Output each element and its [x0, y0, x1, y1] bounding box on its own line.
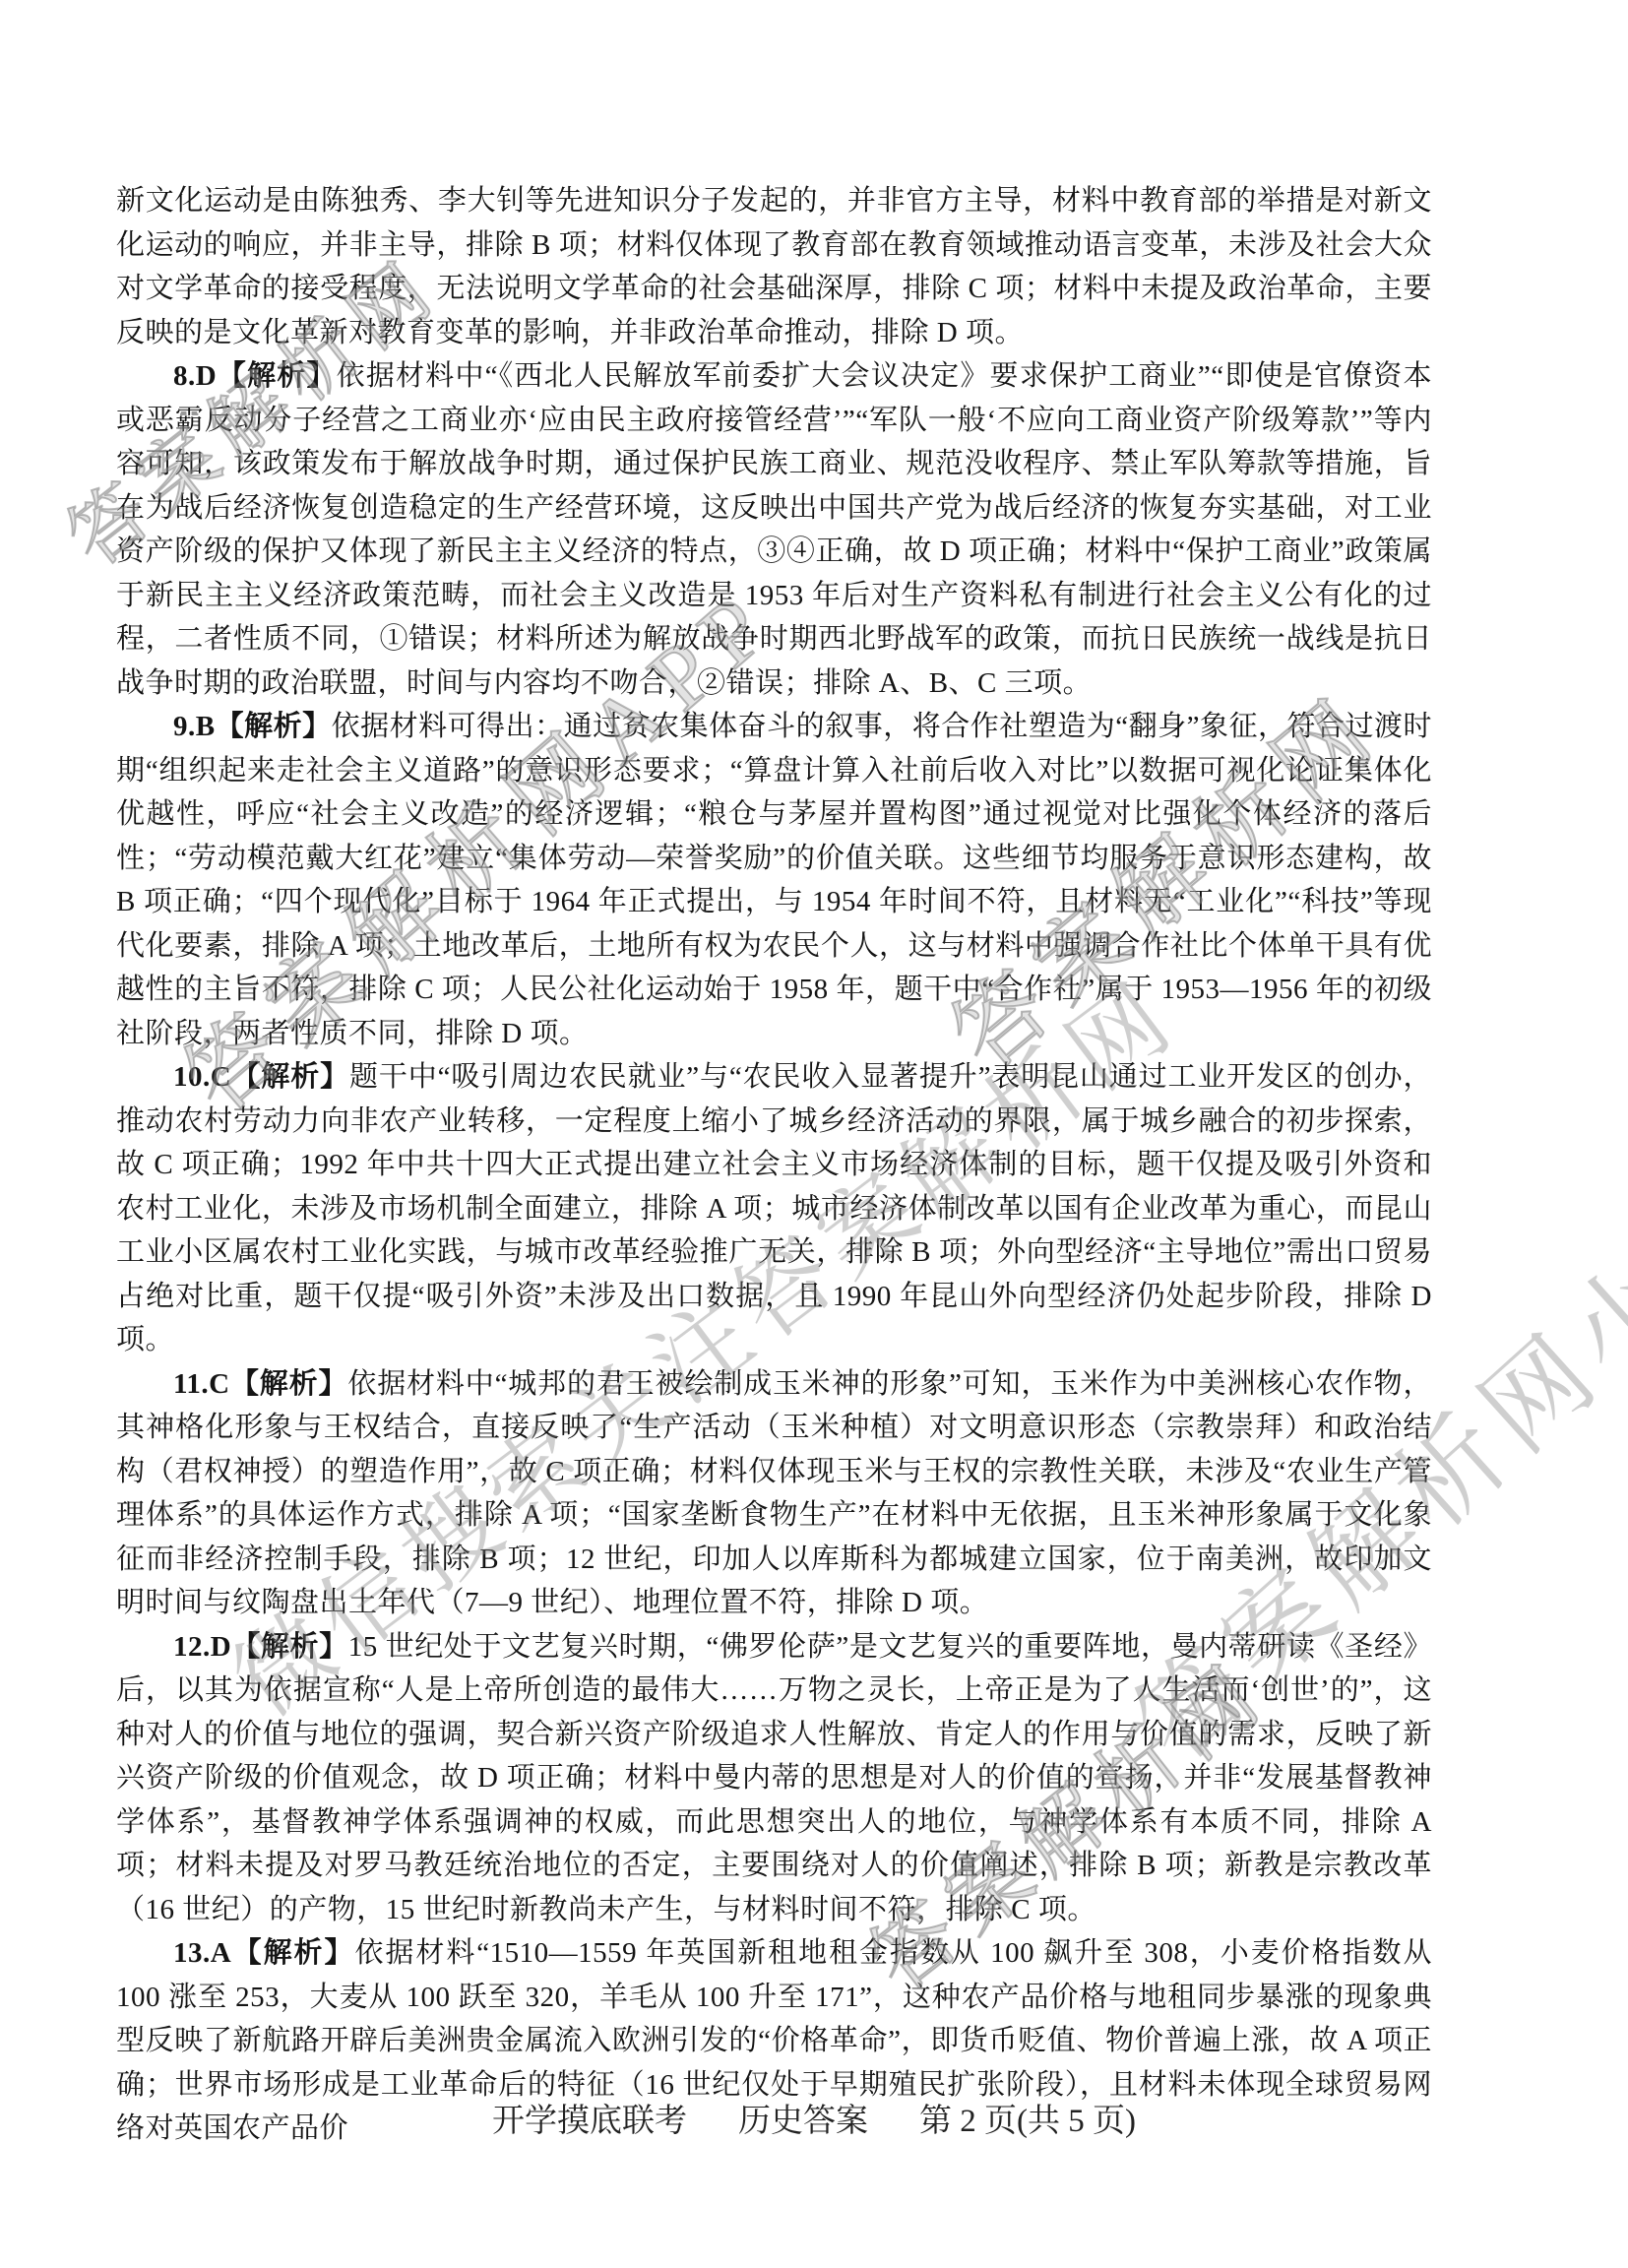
answer-label-q10: 10.C【解析】 [173, 1061, 349, 1093]
paragraph-text: 新文化运动是由陈独秀、李大钊等先进知识分子发起的，并非官方主导，材料中教育部的举… [116, 185, 1432, 348]
paragraph-text: 题干中“吸引周边农民就业”与“农民收入显著提升”表明昆山通过工业开发区的创办，推… [116, 1061, 1432, 1355]
paragraph-text: 15 世纪处于文艺复兴时期，“佛罗伦萨”是文艺复兴的重要阵地，曼内蒂研读《圣经》… [116, 1631, 1432, 1925]
footer-exam-name: 开学摸底联考 [492, 2095, 687, 2141]
document-page: 答案解析网 答案解析网APP 答案解析网 微信搜索关注答案解析网 答案解析网小程… [0, 0, 1628, 2268]
paragraph-q10-answer: 10.C【解析】题干中“吸引周边农民就业”与“农民收入显著提升”表明昆山通过工业… [116, 1055, 1432, 1362]
paragraph-text: 依据材料可得出：通过贫农集体奋斗的叙事，将合作社塑造为“翻身”象征，符合过渡时期… [116, 711, 1432, 1049]
answer-label-q9: 9.B【解析】 [173, 711, 332, 742]
footer-subject: 历史答案 [738, 2095, 868, 2141]
footer-page-number: 第 2 页(共 5 页) [919, 2095, 1136, 2141]
paragraph-q8-answer: 8.D【解析】依据材料中“《西北人民解放军前委扩大会议决定》要求保护工商业”“即… [116, 354, 1432, 705]
paragraph-q11-answer: 11.C【解析】依据材料中“城邦的君王被绘制成玉米神的形象”可知，玉米作为中美洲… [116, 1362, 1432, 1625]
answer-label-q12: 12.D【解析】 [173, 1631, 348, 1663]
paragraph-text: 依据材料中“城邦的君王被绘制成玉米神的形象”可知，玉米作为中美洲核心农作物，其神… [116, 1368, 1432, 1619]
answer-key-content: 新文化运动是由陈独秀、李大钊等先进知识分子发起的，并非官方主导，材料中教育部的举… [116, 179, 1432, 2151]
answer-label-q8: 8.D【解析】 [173, 360, 337, 392]
paragraph-q7-continuation: 新文化运动是由陈独秀、李大钊等先进知识分子发起的，并非官方主导，材料中教育部的举… [116, 179, 1432, 354]
answer-label-q11: 11.C【解析】 [173, 1368, 347, 1400]
paragraph-q12-answer: 12.D【解析】15 世纪处于文艺复兴时期，“佛罗伦萨”是文艺复兴的重要阵地，曼… [116, 1625, 1432, 1932]
paragraph-text: 依据材料中“《西北人民解放军前委扩大会议决定》要求保护工商业”“即使是官僚资本或… [116, 360, 1432, 699]
paragraph-q9-answer: 9.B【解析】依据材料可得出：通过贫农集体奋斗的叙事，将合作社塑造为“翻身”象征… [116, 705, 1432, 1055]
page-footer: 开学摸底联考 历史答案 第 2 页(共 5 页) [0, 2095, 1628, 2141]
answer-label-q13: 13.A【解析】 [173, 1937, 354, 1969]
